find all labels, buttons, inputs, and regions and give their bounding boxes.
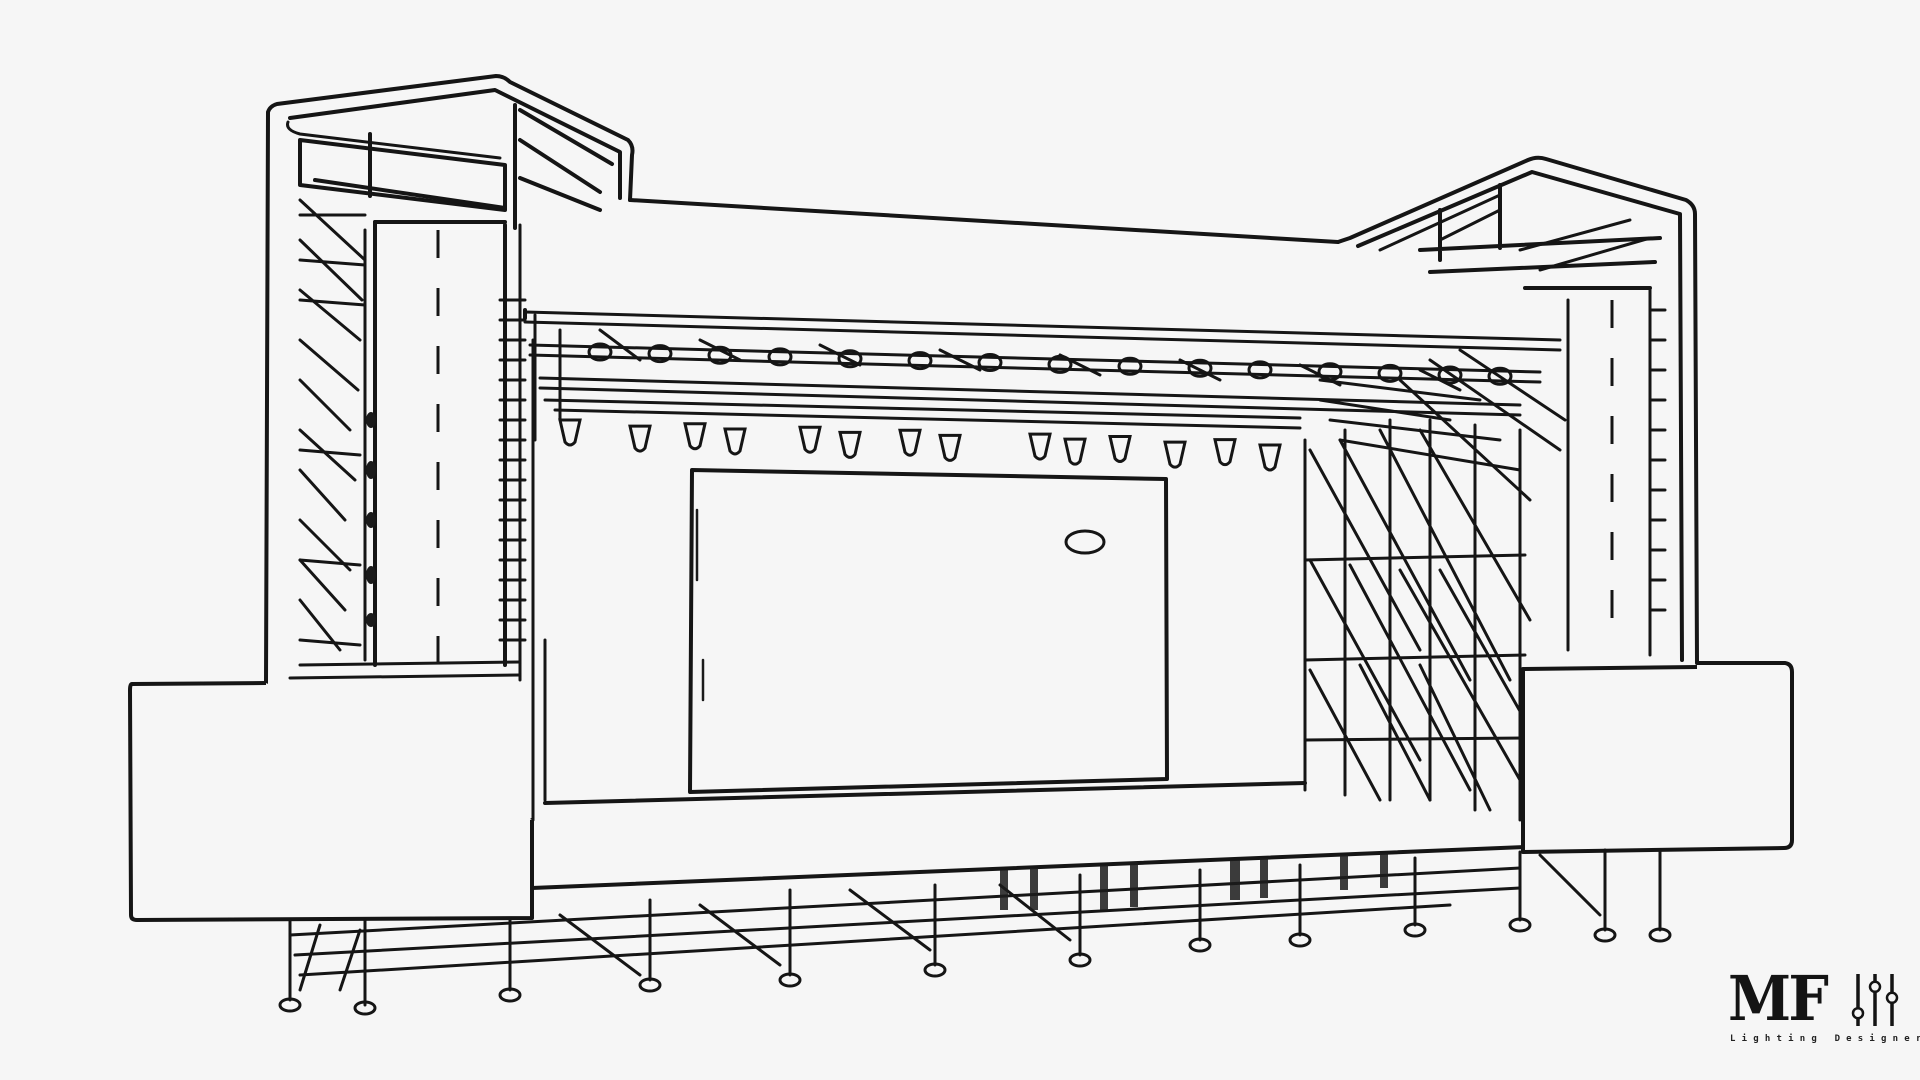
par-can-icon [840,432,860,457]
logo-tagline: Lighting Designer [1730,1034,1920,1044]
left-wing-platform [130,683,532,920]
right-wing-platform [1523,663,1792,852]
par-can-icon [1065,439,1085,464]
par-can-icon [1260,445,1280,470]
par-can-icon [630,426,650,451]
par-can-icon [1110,437,1130,462]
par-can-icon [800,427,820,452]
projection-screen [690,470,1167,792]
par-can-icon [900,430,920,455]
par-can-icon [1030,434,1050,459]
par-can-icon [685,424,705,449]
par-can-icon [560,420,580,445]
stage-illustration [0,0,1920,1080]
par-can-icon [1215,440,1235,465]
roof-header-beam [525,200,1338,318]
logo-monogram: MF [1728,968,1826,1030]
brand-logo: MF Lighting Designer [1728,968,1908,1048]
par-can-icon [940,435,960,460]
fader-sliders-icon [1850,972,1902,1028]
par-can-icon [1165,442,1185,467]
par-can-icon [725,429,745,454]
left-truss-tower [266,76,633,820]
